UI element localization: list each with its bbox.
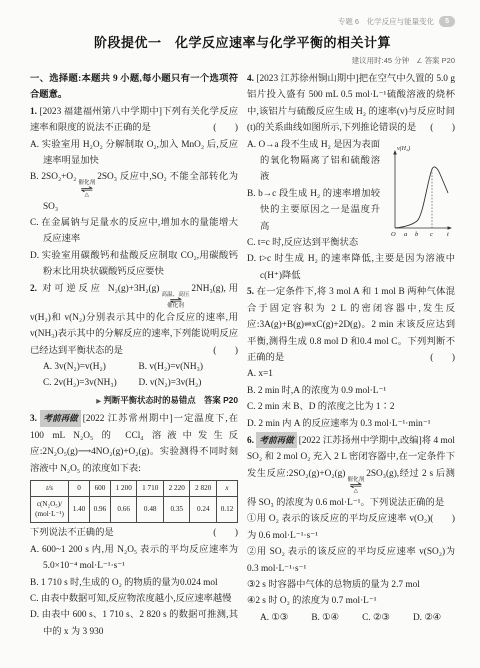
question-2: 2. 对可逆反应 N₂(g)+3H₂(g)高温、高压⇌催化剂2NH₃(g),用 … xyxy=(30,281,238,411)
pre-exam-badge: 考前再做 xyxy=(256,432,296,448)
question-6-stem: 6. 考前再做[2022 江苏扬州中学期中,改编]将 4 mol SO₂ 和 2… xyxy=(247,432,455,511)
question-5-option-b: B. 2 min 时,A 的浓度为 0.9 mol·L⁻¹ xyxy=(247,383,455,399)
question-3-stem: 3. 考前再做[2022 江苏常州期中]一定温度下,在 100 mL N₂O₅ … xyxy=(30,410,238,477)
answer-angle-icon: ∠ xyxy=(416,58,422,65)
svg-text:v(H₂): v(H₂) xyxy=(397,145,410,152)
question-5-stem: 5. 在一定条件下,将 3 mol A 和 1 mol B 两种气体混合于固定容… xyxy=(247,284,455,366)
answer-blank: ( ) xyxy=(213,525,238,541)
labeled-equilibrium-arrow: 催化剂⇌△ xyxy=(78,181,95,198)
svg-text:t: t xyxy=(447,231,449,238)
page-title: 阶段提优一 化学反应速率与化学平衡的相关计算 xyxy=(30,32,455,51)
question-6-item-4: ④2 s 时 O₂ 的浓度为 0.7 mol·L⁻¹ xyxy=(247,593,455,609)
question-4-option-d: D. t>c 时生成 H₂ 的速率降低,主要是因为溶液中 c(H⁺)降低 xyxy=(247,251,455,284)
question-1-option-a: A. 实验室用 H₂O₂ 分解制取 O₂,加入 MnO₂ 后,反应速率明显加快 xyxy=(30,137,238,170)
svg-text:O: O xyxy=(391,231,396,238)
question-2-stem: 2. 对可逆反应 N₂(g)+3H₂(g)高温、高压⇌催化剂2NH₃(g),用 … xyxy=(30,281,238,359)
question-1-option-d: D. 实验室用碳酸钙和盐酸反应制取 CO₂,用碳酸钙粉末比用块状碳酸钙反应要快 xyxy=(30,248,238,281)
question-6: 6. 考前再做[2022 江苏扬州中学期中,改编]将 4 mol SO₂ 和 2… xyxy=(247,432,455,626)
question-4: 4. [2023 江苏徐州铜山期中]把在空气中久置的 5.0 g 铝片投入盛有 … xyxy=(247,71,455,284)
answer-blank: ( ) xyxy=(430,350,455,366)
question-1: 1. [2023 福建福州第八中学期中]下列有关化学反应速率和限度的说法不正确的… xyxy=(30,104,238,281)
labeled-equilibrium-arrow: 高温、高压⇌催化剂 xyxy=(161,293,189,310)
question-4-options: v(H₂) O a b c t A. O→a 段不生成 H₂ 是因为表面的氧化物… xyxy=(247,137,455,285)
equilibrium-arrow-icon: ⇌ xyxy=(169,298,182,304)
error-point-note: ▶ 判断平衡状态时的易错点 答案 P20 xyxy=(30,392,238,410)
breadcrumb: 专题 6 化学反应与能量变化 xyxy=(338,16,434,27)
equilibrium-arrow-icon: ⇌ xyxy=(349,483,362,489)
question-5-option-a: A. x=1 xyxy=(247,366,455,382)
section-heading: 一、选择题:本题共 9 小题,每小题只有一个选项符合题意。 xyxy=(30,71,238,104)
question-1-option-c: C. 在金属钠与足量水的反应中,增加水的量能增大反应速率 xyxy=(30,215,238,248)
question-3: 3. 考前再做[2022 江苏常州期中]一定温度下,在 100 mL N₂O₅ … xyxy=(30,410,238,640)
equilibrium-arrow-icon: ⇌ xyxy=(80,187,93,193)
table-row-concentration: c(N₂O₅)/(mol·L⁻¹) 1.40 0.96 0.66 0.48 0.… xyxy=(31,497,238,523)
answer-blank: ( ) xyxy=(430,120,455,136)
meta-line: 建议用时:45 分钟 ∠ 答案 P20 xyxy=(30,55,455,66)
svg-text:a: a xyxy=(404,231,407,238)
page-number-badge: 5 xyxy=(439,16,455,27)
labeled-equilibrium-arrow: 催化剂⇌△ xyxy=(347,478,364,495)
concentration-table: t/s 0 600 1 200 1 710 2 220 2 820 x c(N₂… xyxy=(30,480,238,524)
question-3-option-b: B. 1 710 s 时,生成的 O₂ 的物质的量为0.024 mol xyxy=(30,575,238,591)
textbook-page: 专题 6 化学反应与能量变化 5 阶段提优一 化学反应速率与化学平衡的相关计算 … xyxy=(0,0,480,668)
question-6-item-3: ③2 s 时容器中气体的总物质的量为 2.7 mol xyxy=(247,577,455,593)
answer-blank: ( ) xyxy=(213,343,238,359)
svg-text:c: c xyxy=(430,231,433,238)
question-6-answer-options: A. ①③B. ①④C. ②③D. ②④ xyxy=(247,610,455,626)
question-3-ask: 下列说法不正确的是( ) xyxy=(30,525,238,541)
question-1-stem: 1. [2023 福建福州第八中学期中]下列有关化学反应速率和限度的说法不正确的… xyxy=(30,104,238,137)
question-4-stem: 4. [2023 江苏徐州铜山期中]把在空气中久置的 5.0 g 铝片投入盛有 … xyxy=(247,71,455,137)
pointer-triangle-icon: ▶ xyxy=(96,398,101,405)
question-5-option-d: D. 2 min 内 A 的反应速率为 0.3 mol·L⁻¹·min⁻¹ xyxy=(247,416,455,432)
pre-exam-badge: 考前再做 xyxy=(40,410,80,426)
suggested-time: 建议用时:45 分钟 xyxy=(352,55,410,66)
left-column: 一、选择题:本题共 9 小题,每小题只有一个选项符合题意。 1. [2023 福… xyxy=(30,71,238,640)
table-row-time: t/s 0 600 1 200 1 710 2 220 2 820 x xyxy=(31,480,238,497)
question-2-options-ab: A. 3v(N₂)=v(H₂)B. v(H₂)=v(NH₃) xyxy=(30,359,238,375)
svg-text:b: b xyxy=(415,231,419,238)
question-3-option-a: A. 600~1 200 s 内,用 N₂O₅ 表示的平均反应速率为 5.0×1… xyxy=(30,542,238,575)
question-5-option-c: C. 2 min 末 B、D 的浓度之比为 1∶2 xyxy=(247,399,455,415)
page-header: 专题 6 化学反应与能量变化 5 xyxy=(30,16,455,27)
right-column: 4. [2023 江苏徐州铜山期中]把在空气中久置的 5.0 g 铝片投入盛有 … xyxy=(247,71,455,640)
answer-ref: ∠ 答案 P20 xyxy=(416,55,455,66)
question-3-option-d: D. 由表中 600 s、1 710 s、2 820 s 的数据可推测,其中的 … xyxy=(30,607,238,640)
question-5: 5. 在一定条件下,将 3 mol A 和 1 mol B 两种气体混合于固定容… xyxy=(247,284,455,432)
question-3-option-c: C. 由表中数据可知,反应物浓度越小,反应速率越慢 xyxy=(30,591,238,607)
question-6-item-2: ②用 SO₂ 表示的该反应的平均反应速率 v(SO₂)为0.3 mol·L⁻¹·… xyxy=(247,544,455,577)
answer-blank: ( ) xyxy=(430,511,455,527)
question-2-options-cd: C. 2v(H₂)=3v(NH₃)D. v(N₂)=3v(H₂) xyxy=(30,375,238,391)
question-1-option-b: B. 2SO₂+O₂催化剂⇌△2SO₃ 反应中,SO₂ 不能全部转化为 SO₃ xyxy=(30,169,238,215)
question-6-item-1: ①用 O₂ 表示的该反应的平均反应速率 v(O₂)为 0.6 mol·L⁻¹·s… xyxy=(247,511,455,544)
rate-time-graph: v(H₂) O a b c t xyxy=(383,138,455,244)
answer-blank: ( ) xyxy=(213,120,238,136)
